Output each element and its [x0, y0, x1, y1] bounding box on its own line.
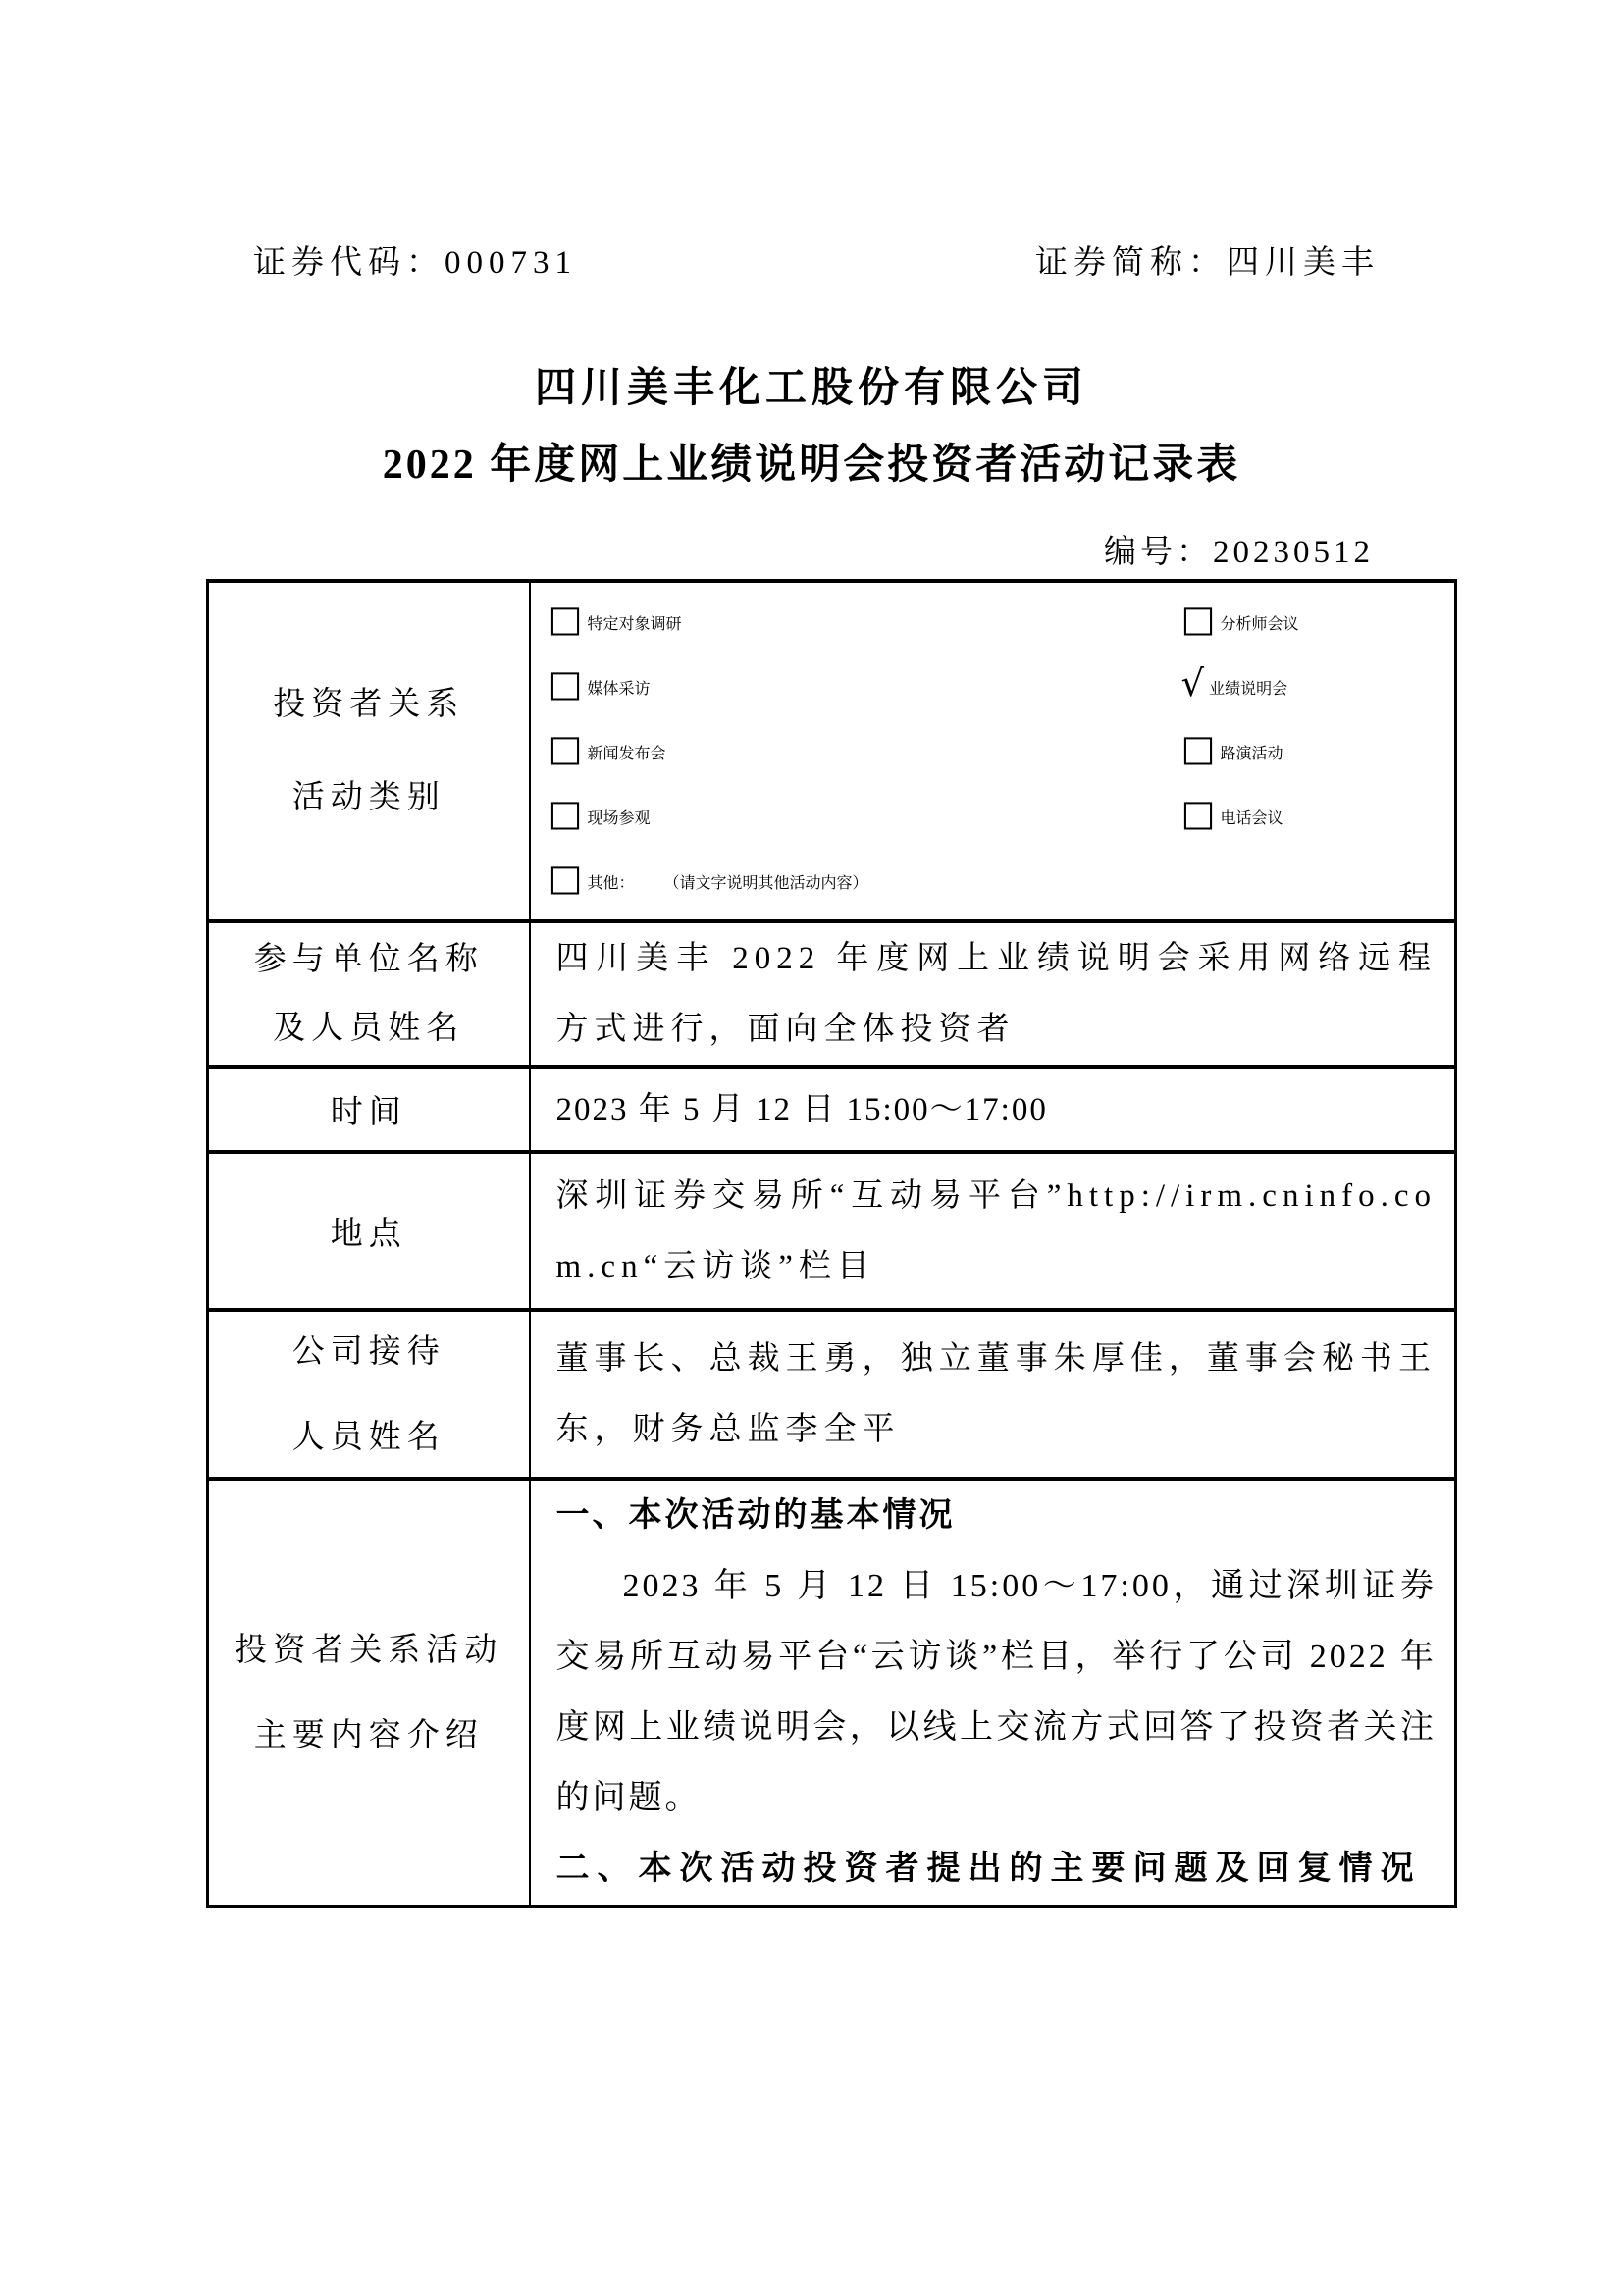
stock-code-text: 证券代码：000731 — [253, 243, 577, 283]
option-item: □其他：（请文字说明其他活动内容） — [549, 846, 868, 916]
option-item: □电话会议 — [1181, 781, 1283, 852]
option-line: □现场参观 □电话会议 — [549, 784, 1445, 849]
table-row-time: 时间 2023 年 5 月 12 日 15:00～17:00 — [208, 1067, 1456, 1152]
section2-heading: 二、本次活动投资者提出的主要问题及回复情况 — [556, 1834, 1438, 1905]
company-title: 四川美丰化工股份有限公司 — [0, 365, 1623, 412]
option-label: 新闻发布会 — [587, 746, 665, 762]
row-label-line: 主要内容介绍 — [209, 1716, 529, 1755]
row-label-activity-type: 投资者关系 活动类别 — [208, 581, 530, 921]
table-row-activity-type: 投资者关系 活动类别 □特定对象调研 □分析师会议 □媒体采访 √业绩说明会 □… — [208, 581, 1456, 921]
option-note: （请文字说明其他活动内容） — [671, 875, 867, 892]
checkbox-icon: □ — [549, 652, 583, 716]
row-label-location: 地点 — [208, 1152, 530, 1310]
row-label-line: 参与单位名称 — [209, 940, 529, 979]
option-item: □新闻发布会 — [549, 716, 1181, 787]
row-label-line: 投资者关系 — [209, 685, 529, 724]
checkbox-icon: □ — [549, 781, 583, 846]
option-label: 现场参观 — [587, 810, 650, 827]
table-row-location: 地点 深圳证券交易所“互动易平台”http://irm.cninfo.com.c… — [208, 1152, 1456, 1310]
row-label-reception: 公司接待 人员姓名 — [208, 1310, 530, 1479]
option-label: 特定对象调研 — [587, 616, 681, 633]
checkbox-icon: □ — [549, 587, 583, 652]
time-content: 2023 年 5 月 12 日 15:00～17:00 — [530, 1067, 1456, 1152]
row-label-participants: 参与单位名称 及人员姓名 — [208, 921, 530, 1067]
activity-type-options: □特定对象调研 □分析师会议 □媒体采访 √业绩说明会 □新闻发布会 □路演活动… — [530, 581, 1456, 921]
option-item: □现场参观 — [549, 781, 1181, 852]
row-label-line: 及人员姓名 — [209, 1009, 529, 1048]
option-label: 业绩说明会 — [1209, 681, 1287, 698]
row-label-main-content: 投资者关系活动 主要内容介绍 — [208, 1479, 530, 1906]
option-item: √业绩说明会 — [1181, 652, 1288, 722]
location-content: 深圳证券交易所“互动易平台”http://irm.cninfo.com.cn“云… — [530, 1152, 1456, 1310]
checkbox-icon: □ — [1181, 716, 1216, 781]
option-item: □分析师会议 — [1181, 587, 1299, 657]
checkbox-icon: □ — [1181, 781, 1216, 846]
option-item: □媒体采访 — [549, 652, 1181, 722]
section1-paragraph: 2023 年 5 月 12 日 15:00～17:00，通过深圳证券交易所互动易… — [556, 1551, 1438, 1834]
checkbox-icon: □ — [1181, 587, 1216, 652]
option-label: 路演活动 — [1220, 746, 1283, 762]
option-label: 其他： — [587, 875, 634, 892]
row-label-time: 时间 — [208, 1067, 530, 1152]
row-label-line: 投资者关系活动 — [209, 1631, 529, 1670]
document-subtitle: 2022 年度网上业绩说明会投资者活动记录表 — [0, 442, 1623, 489]
document-number: 编号：20230512 — [1104, 533, 1374, 572]
reception-content: 董事长、总裁王勇，独立董事朱厚佳，董事会秘书王东，财务总监李全平 — [530, 1310, 1456, 1479]
checkbox-icon: □ — [549, 846, 583, 911]
row-label-line: 活动类别 — [209, 778, 529, 817]
row-label-line: 人员姓名 — [209, 1418, 529, 1457]
table-row-participants: 参与单位名称 及人员姓名 四川美丰 2022 年度网上业绩说明会采用网络远程方式… — [208, 921, 1456, 1067]
option-item: □特定对象调研 — [549, 587, 1181, 657]
option-line: □其他：（请文字说明其他活动内容） — [549, 849, 1445, 913]
document-page: 证券代码：000731 证券简称：四川美丰 四川美丰化工股份有限公司 2022 … — [0, 0, 1623, 2296]
participants-content: 四川美丰 2022 年度网上业绩说明会采用网络远程方式进行，面向全体投资者 — [530, 921, 1456, 1067]
option-label: 分析师会议 — [1220, 616, 1298, 633]
stock-short-name-text: 证券简称：四川美丰 — [1035, 243, 1380, 283]
section1-heading: 一、本次活动的基本情况 — [556, 1481, 1438, 1551]
checkbox-icon: □ — [549, 716, 583, 781]
main-content-body: 一、本次活动的基本情况 2023 年 5 月 12 日 15:00～17:00，… — [530, 1479, 1456, 1906]
option-label: 电话会议 — [1220, 810, 1283, 827]
check-icon: √ — [1181, 652, 1205, 716]
table-row-reception: 公司接待 人员姓名 董事长、总裁王勇，独立董事朱厚佳，董事会秘书王东，财务总监李… — [208, 1310, 1456, 1479]
option-line: □新闻发布会 □路演活动 — [549, 719, 1445, 784]
activity-record-table: 投资者关系 活动类别 □特定对象调研 □分析师会议 □媒体采访 √业绩说明会 □… — [206, 579, 1457, 1908]
option-label: 媒体采访 — [587, 681, 650, 698]
table-row-main-content: 投资者关系活动 主要内容介绍 一、本次活动的基本情况 2023 年 5 月 12… — [208, 1479, 1456, 1906]
row-label-line: 公司接待 — [209, 1332, 529, 1372]
option-line: □媒体采访 √业绩说明会 — [549, 654, 1445, 719]
option-item: □路演活动 — [1181, 716, 1283, 787]
option-line: □特定对象调研 □分析师会议 — [549, 590, 1445, 654]
